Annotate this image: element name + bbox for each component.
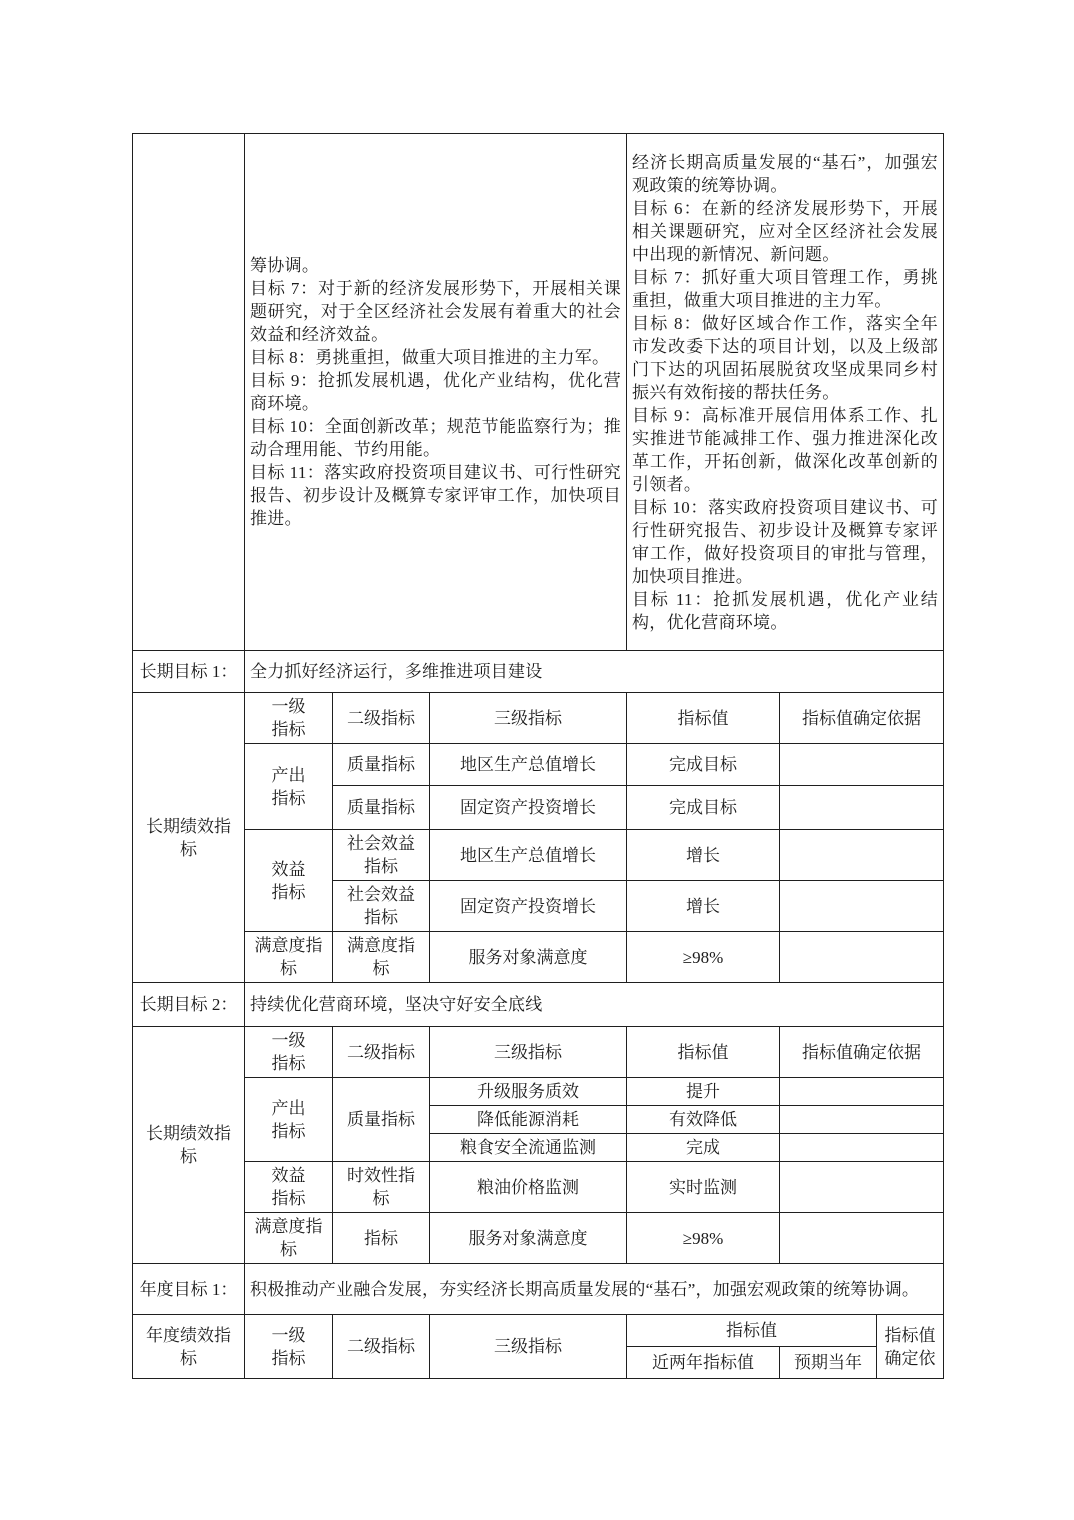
- annual-header-value-recent: 近两年指标值: [627, 1347, 780, 1379]
- cell-level3: 升级服务质效: [430, 1078, 627, 1106]
- cell-basis: [780, 932, 944, 983]
- cell-level3: 服务对象满意度: [430, 1213, 627, 1264]
- cell-level2: 时效性指 标: [333, 1162, 430, 1213]
- table1-header-basis: 指标值确定依据: [780, 693, 944, 744]
- annual-goal-1-label: 年度目标 1：: [133, 1264, 245, 1315]
- goals-continuation-label-cell: [133, 134, 245, 651]
- annual-header-level2: 二级指标: [333, 1315, 430, 1379]
- annual-header-level3: 三级指标: [430, 1315, 627, 1379]
- cell-level3: 固定资产投资增长: [430, 881, 627, 932]
- annual-goal-1-text: 积极推动产业融合发展，夯实经济长期高质量发展的“基石”，加强宏观政策的统筹协调。: [245, 1264, 944, 1315]
- cell-level2: 社会效益 指标: [333, 830, 430, 881]
- cell-level1: 满意度指 标: [245, 932, 333, 983]
- cell-level1: 满意度指 标: [245, 1213, 333, 1264]
- table2-row-label: 长期绩效指 标: [133, 1027, 245, 1264]
- cell-level2: 质量指标: [333, 744, 430, 786]
- cell-level3: 粮油价格监测: [430, 1162, 627, 1213]
- cell-basis: [780, 1134, 944, 1162]
- table1-header-value: 指标值: [627, 693, 780, 744]
- cell-value: 提升: [627, 1078, 780, 1106]
- table2-header-value: 指标值: [627, 1027, 780, 1078]
- cell-basis: [780, 1078, 944, 1106]
- annual-header-value-expected: 预期当年: [780, 1347, 877, 1379]
- table1-header-level1: 一级 指标: [245, 693, 333, 744]
- cell-level2: 社会效益 指标: [333, 881, 430, 932]
- cell-basis: [780, 881, 944, 932]
- table-row: 效益 指标 社会效益 指标 地区生产总值增长 增长: [133, 830, 944, 881]
- long-term-goal-1-text: 全力抓好经济运行，多维推进项目建设: [245, 651, 944, 693]
- annual-row-label: 年度绩效指 标: [133, 1315, 245, 1379]
- cell-level2: 指标: [333, 1213, 430, 1264]
- cell-level3: 服务对象满意度: [430, 932, 627, 983]
- table-row: 满意度指 标 满意度指 标 服务对象满意度 ≥98%: [133, 932, 944, 983]
- table1-header-level2: 二级指标: [333, 693, 430, 744]
- cell-value: 有效降低: [627, 1106, 780, 1134]
- cell-basis: [780, 1106, 944, 1134]
- annual-header-basis: 指标值 确定依: [877, 1315, 944, 1379]
- cell-level2: 质量指标: [333, 1078, 430, 1162]
- table1-header-row: 长期绩效指 标 一级 指标 二级指标 三级指标 指标值 指标值确定依据: [133, 693, 944, 744]
- long-term-goal-2-label: 长期目标 2：: [133, 983, 245, 1027]
- cell-basis: [780, 744, 944, 786]
- cell-value: 完成目标: [627, 786, 780, 830]
- document-page: { "continuation": { "left_goals": "筹协调。\…: [0, 0, 1074, 1520]
- table1-header-level3: 三级指标: [430, 693, 627, 744]
- cell-level3: 降低能源消耗: [430, 1106, 627, 1134]
- cell-value: ≥98%: [627, 932, 780, 983]
- table2-header-row: 长期绩效指 标 一级 指标 二级指标 三级指标 指标值 指标值确定依据: [133, 1027, 944, 1078]
- annual-header-level1: 一级 指标: [245, 1315, 333, 1379]
- table-row: 满意度指 标 指标 服务对象满意度 ≥98%: [133, 1213, 944, 1264]
- cell-value: ≥98%: [627, 1213, 780, 1264]
- cell-level1: 产出 指标: [245, 744, 333, 830]
- cell-level3: 固定资产投资增长: [430, 786, 627, 830]
- table2-header-basis: 指标值确定依据: [780, 1027, 944, 1078]
- goals-continuation-row: 筹协调。 目标 7：对于新的经济发展形势下，开展相关课题研究，对于全区经济社会发…: [133, 134, 944, 651]
- table-row: 产出 指标 质量指标 地区生产总值增长 完成目标: [133, 744, 944, 786]
- cell-value: 完成目标: [627, 744, 780, 786]
- long-term-goal-1-row: 长期目标 1： 全力抓好经济运行，多维推进项目建设: [133, 651, 944, 693]
- cell-value: 实时监测: [627, 1162, 780, 1213]
- cell-level3: 地区生产总值增长: [430, 830, 627, 881]
- annual-header-value-group: 指标值: [627, 1315, 877, 1347]
- cell-basis: [780, 1162, 944, 1213]
- table-row: 产出 指标 质量指标 升级服务质效 提升: [133, 1078, 944, 1106]
- cell-level2: 满意度指 标: [333, 932, 430, 983]
- cell-level1: 产出 指标: [245, 1078, 333, 1162]
- cell-basis: [780, 1213, 944, 1264]
- table-row: 效益 指标 时效性指 标 粮油价格监测 实时监测: [133, 1162, 944, 1213]
- long-term-goal-2-row: 长期目标 2： 持续优化营商环境，坚决守好安全底线: [133, 983, 944, 1027]
- cell-basis: [780, 830, 944, 881]
- annual-goal-1-row: 年度目标 1： 积极推动产业融合发展，夯实经济长期高质量发展的“基石”，加强宏观…: [133, 1264, 944, 1315]
- table2-header-level2: 二级指标: [333, 1027, 430, 1078]
- goals-continuation-right-cell: 经济长期高质量发展的“基石”，加强宏观政策的统筹协调。 目标 6：在新的经济发展…: [627, 134, 944, 651]
- cell-basis: [780, 786, 944, 830]
- cell-level1: 效益 指标: [245, 1162, 333, 1213]
- cell-level1: 效益 指标: [245, 830, 333, 932]
- cell-level3: 地区生产总值增长: [430, 744, 627, 786]
- goals-continuation-left-cell: 筹协调。 目标 7：对于新的经济发展形势下，开展相关课题研究，对于全区经济社会发…: [245, 134, 627, 651]
- cell-level2: 质量指标: [333, 786, 430, 830]
- goal-indicator-table: 筹协调。 目标 7：对于新的经济发展形势下，开展相关课题研究，对于全区经济社会发…: [132, 133, 944, 1379]
- annual-header-row: 年度绩效指 标 一级 指标 二级指标 三级指标 指标值 指标值 确定依: [133, 1315, 944, 1347]
- table1-row-label: 长期绩效指 标: [133, 693, 245, 983]
- cell-value: 增长: [627, 881, 780, 932]
- long-term-goal-2-text: 持续优化营商环境，坚决守好安全底线: [245, 983, 944, 1027]
- table2-header-level3: 三级指标: [430, 1027, 627, 1078]
- cell-value: 完成: [627, 1134, 780, 1162]
- cell-level3: 粮食安全流通监测: [430, 1134, 627, 1162]
- table2-header-level1: 一级 指标: [245, 1027, 333, 1078]
- performance-target-table: 筹协调。 目标 7：对于新的经济发展形势下，开展相关课题研究，对于全区经济社会发…: [132, 133, 943, 1379]
- cell-value: 增长: [627, 830, 780, 881]
- long-term-goal-1-label: 长期目标 1：: [133, 651, 245, 693]
